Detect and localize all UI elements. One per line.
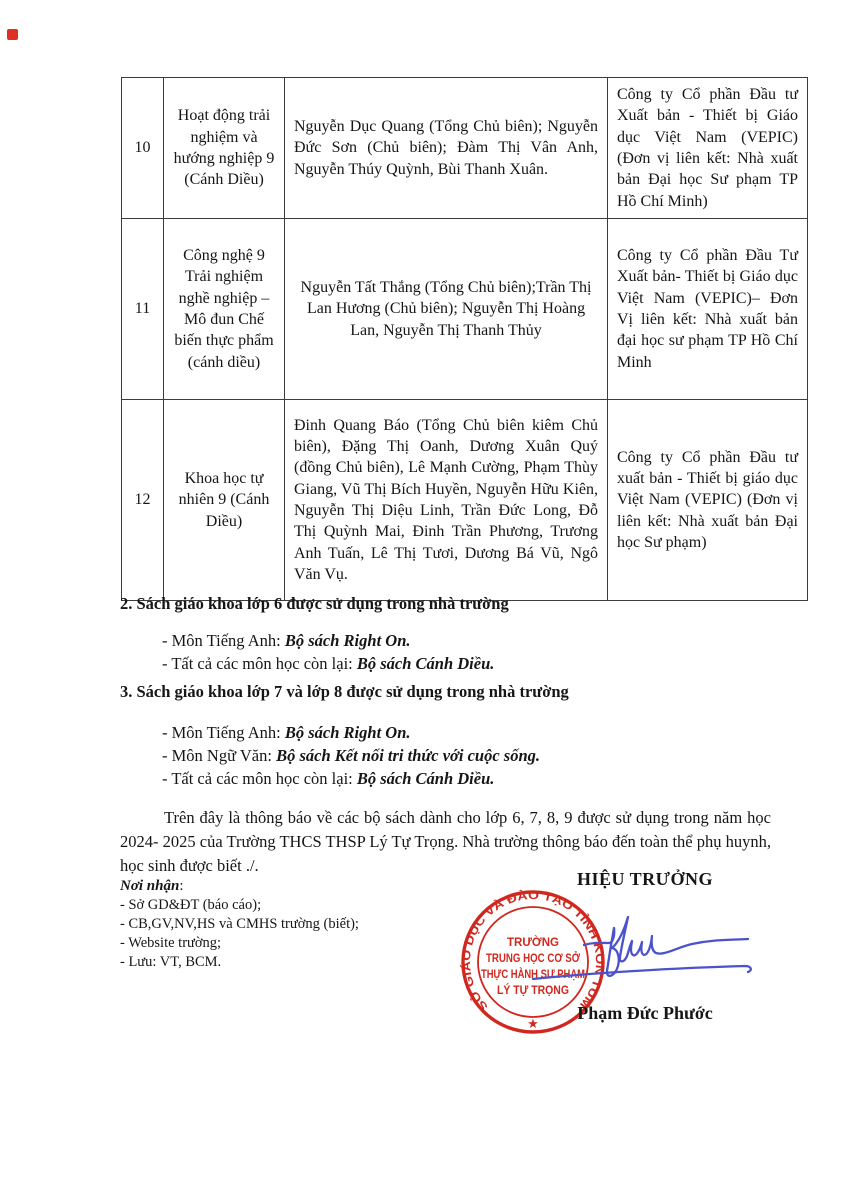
cell-book-number: 12 — [122, 400, 164, 601]
cell-publisher: Công ty Cổ phần Đầu tư Xuất bản - Thiết … — [608, 78, 808, 219]
item-label: - Tất cả các môn học còn lại: — [162, 769, 357, 788]
book-list-item: - Tất cả các môn học còn lại: Bộ sách Cá… — [162, 652, 494, 675]
book-list-item: - Môn Tiếng Anh: Bộ sách Right On. — [162, 721, 540, 744]
item-book-name: Bộ sách Cánh Diều. — [357, 654, 495, 673]
recipients-block: Nơi nhận: - Sở GD&ĐT (báo cáo);- CB,GV,N… — [120, 876, 359, 972]
cell-book-number: 10 — [122, 78, 164, 219]
cell-authors: Nguyễn Dục Quang (Tổng Chủ biên); Nguyễn… — [285, 78, 608, 219]
book-list-item: - Môn Ngữ Văn: Bộ sách Kết nối tri thức … — [162, 744, 540, 767]
section-3-book-list: - Môn Tiếng Anh: Bộ sách Right On.- Môn … — [162, 721, 540, 790]
signature-stroke-underline — [533, 966, 751, 979]
recipient-item: - Website trường; — [120, 934, 359, 953]
item-book-name: Bộ sách Right On. — [285, 631, 411, 650]
textbook-table: 10 Hoạt động trải nghiệm và hướng nghiệp… — [121, 77, 808, 601]
signature-ink-icon — [520, 895, 765, 1000]
document-page: { "marker": {"note": "small red scan art… — [0, 0, 848, 1200]
cell-book-title: Khoa học tự nhiên 9 (Cánh Diều) — [164, 400, 285, 601]
recipients-title: Nơi nhận: — [120, 876, 359, 896]
cell-book-number: 11 — [122, 219, 164, 400]
recipients-list: - Sở GD&ĐT (báo cáo);- CB,GV,NV,HS và CM… — [120, 896, 359, 972]
cell-authors: Nguyễn Tất Thắng (Tổng Chủ biên);Trần Th… — [285, 219, 608, 400]
recipient-item: - CB,GV,NV,HS và CMHS trường (biết); — [120, 915, 359, 934]
cell-publisher: Công ty Cổ phần Đầu tư xuất bản - Thiết … — [608, 400, 808, 601]
item-book-name: Bộ sách Cánh Diều. — [357, 769, 495, 788]
table-row: 12 Khoa học tự nhiên 9 (Cánh Diều) Đinh … — [122, 400, 808, 601]
item-book-name: Bộ sách Kết nối tri thức với cuộc sống. — [276, 746, 540, 765]
recipient-item: - Sở GD&ĐT (báo cáo); — [120, 896, 359, 915]
recipient-item: - Lưu: VT, BCM. — [120, 953, 359, 972]
table-row: 11 Công nghệ 9 Trải nghiệm nghề nghiệp –… — [122, 219, 808, 400]
book-list-item: - Tất cả các môn học còn lại: Bộ sách Cá… — [162, 767, 540, 790]
cell-book-title: Hoạt động trải nghiệm và hướng nghiệp 9 … — [164, 78, 285, 219]
item-book-name: Bộ sách Right On. — [285, 723, 411, 742]
item-label: - Môn Ngữ Văn: — [162, 746, 276, 765]
item-label: - Tất cả các môn học còn lại: — [162, 654, 357, 673]
book-list-item: - Môn Tiếng Anh: Bộ sách Right On. — [162, 629, 494, 652]
item-label: - Môn Tiếng Anh: — [162, 723, 285, 742]
principal-name: Phạm Đức Phước — [540, 1003, 750, 1024]
cell-authors: Đinh Quang Báo (Tổng Chủ biên kiêm Chủ b… — [285, 400, 608, 601]
cell-book-title: Công nghệ 9 Trải nghiệm nghề nghiệp – Mô… — [164, 219, 285, 400]
closing-paragraph: Trên đây là thông báo về các bộ sách dàn… — [120, 806, 771, 878]
red-artifact-marker — [7, 29, 18, 40]
item-label: - Môn Tiếng Anh: — [162, 631, 285, 650]
stamp-star-icon: ★ — [527, 1017, 539, 1032]
section-2-book-list: - Môn Tiếng Anh: Bộ sách Right On.- Tất … — [162, 629, 494, 675]
section-3-heading: 3. Sách giáo khoa lớp 7 và lớp 8 được sử… — [120, 682, 569, 702]
table-row: 10 Hoạt động trải nghiệm và hướng nghiệp… — [122, 78, 808, 219]
cell-publisher: Công ty Cổ phần Đầu Tư Xuất bản- Thiết b… — [608, 219, 808, 400]
section-2-heading: 2. Sách giáo khoa lớp 6 được sử dụng tro… — [120, 594, 509, 614]
